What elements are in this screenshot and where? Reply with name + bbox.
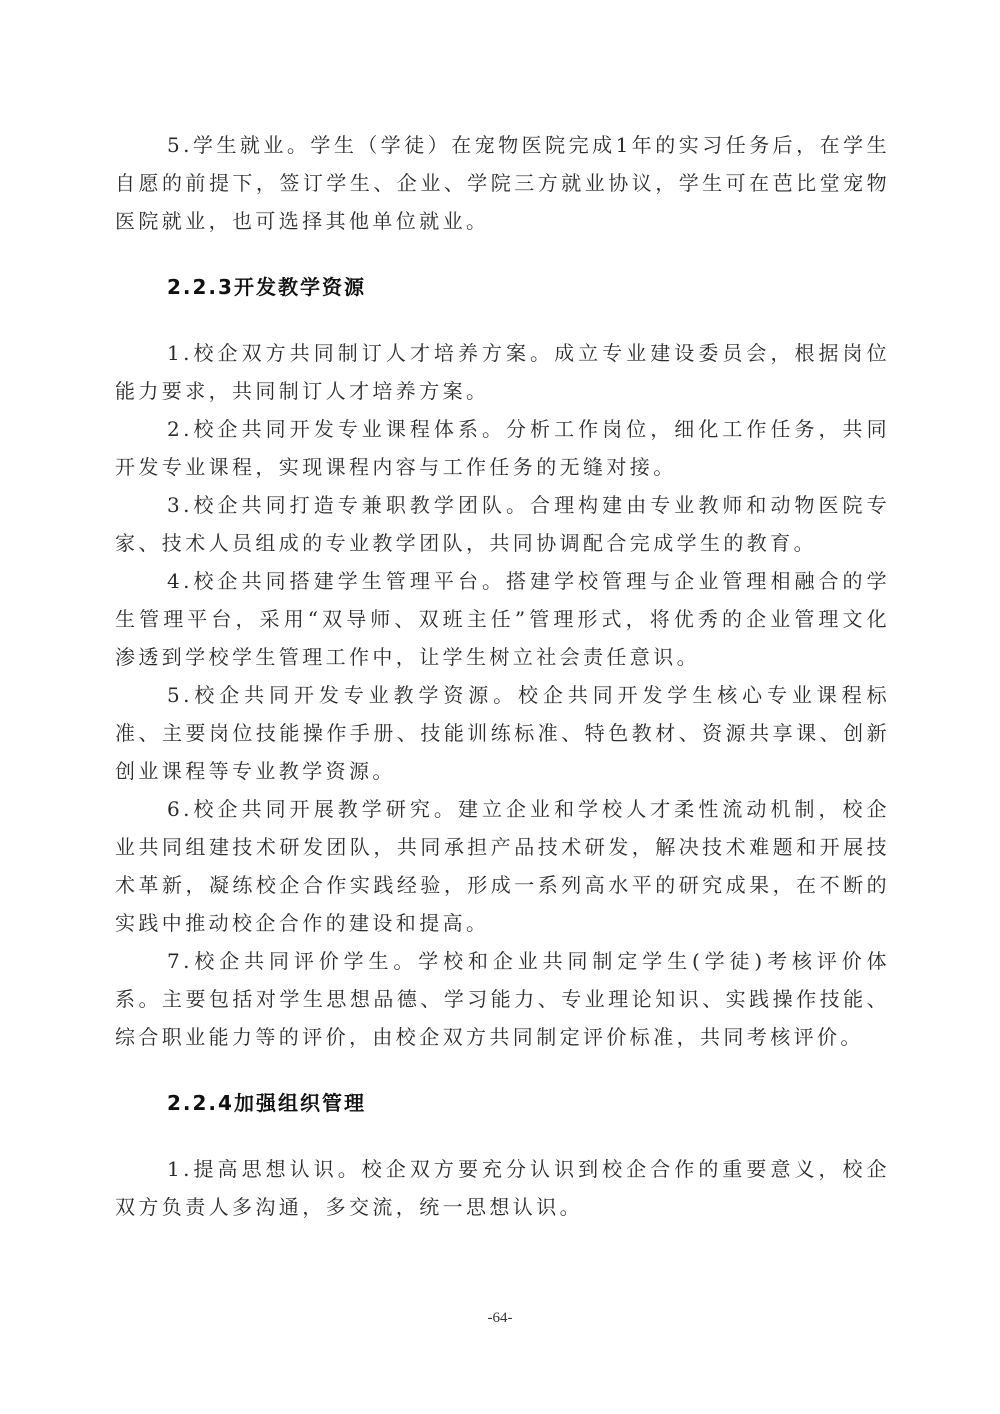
section-heading-2-2-4: 2.2.4加强组织管理 xyxy=(115,1084,890,1122)
page-number: -64- xyxy=(0,1310,1000,1327)
document-page: 5.学生就业。学生（学徒）在宠物医院完成1年的实习任务后，在学生自愿的前提下，签… xyxy=(0,0,1000,1414)
paragraph-teaching-research: 6.校企共同开展教学研究。建立企业和学校人才柔性流动机制，校企业共同组建技术研发… xyxy=(115,790,890,942)
paragraph-teaching-team: 3.校企共同打造专兼职教学团队。合理构建由专业教师和动物医院专家、技术人员组成的… xyxy=(115,486,890,562)
section-heading-2-2-3: 2.2.3开发教学资源 xyxy=(115,268,890,306)
paragraph-talent-training-plan: 1.校企双方共同制订人才培养方案。成立专业建设委员会，根据岗位能力要求，共同制订… xyxy=(115,334,890,410)
paragraph-teaching-resources: 5.校企共同开发专业教学资源。校企共同开发学生核心专业课程标准、主要岗位技能操作… xyxy=(115,676,890,790)
paragraph-student-employment: 5.学生就业。学生（学徒）在宠物医院完成1年的实习任务后，在学生自愿的前提下，签… xyxy=(115,126,890,240)
paragraph-course-system: 2.校企共同开发专业课程体系。分析工作岗位，细化工作任务，共同开发专业课程，实现… xyxy=(115,410,890,486)
paragraph-management-platform: 4.校企共同搭建学生管理平台。搭建学校管理与企业管理相融合的学生管理平台，采用“… xyxy=(115,562,890,676)
page-content: 5.学生就业。学生（学徒）在宠物医院完成1年的实习任务后，在学生自愿的前提下，签… xyxy=(115,126,890,1226)
paragraph-raise-awareness: 1.提高思想认识。校企双方要充分认识到校企合作的重要意义，校企双方负责人多沟通，… xyxy=(115,1150,890,1226)
paragraph-student-evaluation: 7.校企共同评价学生。学校和企业共同制定学生(学徒)考核评价体系。主要包括对学生… xyxy=(115,942,890,1056)
